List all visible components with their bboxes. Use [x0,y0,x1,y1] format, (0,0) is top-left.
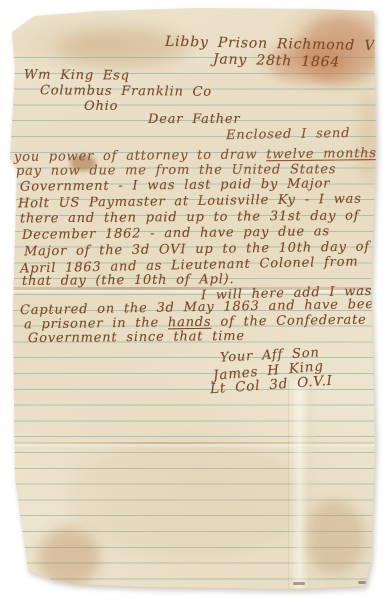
letter-paper: Libby Prison Richmond Va Jany 28th 1864 … [8,8,380,590]
body-opening: Enclosed I send [226,126,351,143]
underlined-words: hands [168,315,212,331]
paper-shadow: Libby Prison Richmond Va Jany 28th 1864 … [0,0,388,600]
salutation: Dear Father [148,112,240,127]
fold-crease-lower [8,442,380,444]
recipient-address-line: Columbus Franklin Co [40,83,212,100]
stain-right-edge [358,92,380,182]
heading-date: Jany 28th 1864 [213,51,340,70]
tape-repair-strip [288,380,319,588]
edge-speck [358,581,366,584]
edge-speck [293,582,305,585]
body-line-text: of the Confederate [211,313,366,330]
stain-bottom-left [38,528,100,586]
body-line: that day (the 10th of Apl). [22,272,235,289]
heading-place: Libby Prison Richmond Va [165,34,383,55]
underlined-words: twelve months [266,146,377,162]
recipient-address-state: Ohio [84,99,118,114]
body-line: Government since that time [28,329,245,346]
stain-bottom-wash [68,438,308,558]
recipient-name: Wm King Esq [24,68,130,84]
scanned-letter: Libby Prison Richmond Va Jany 28th 1864 … [0,0,388,600]
